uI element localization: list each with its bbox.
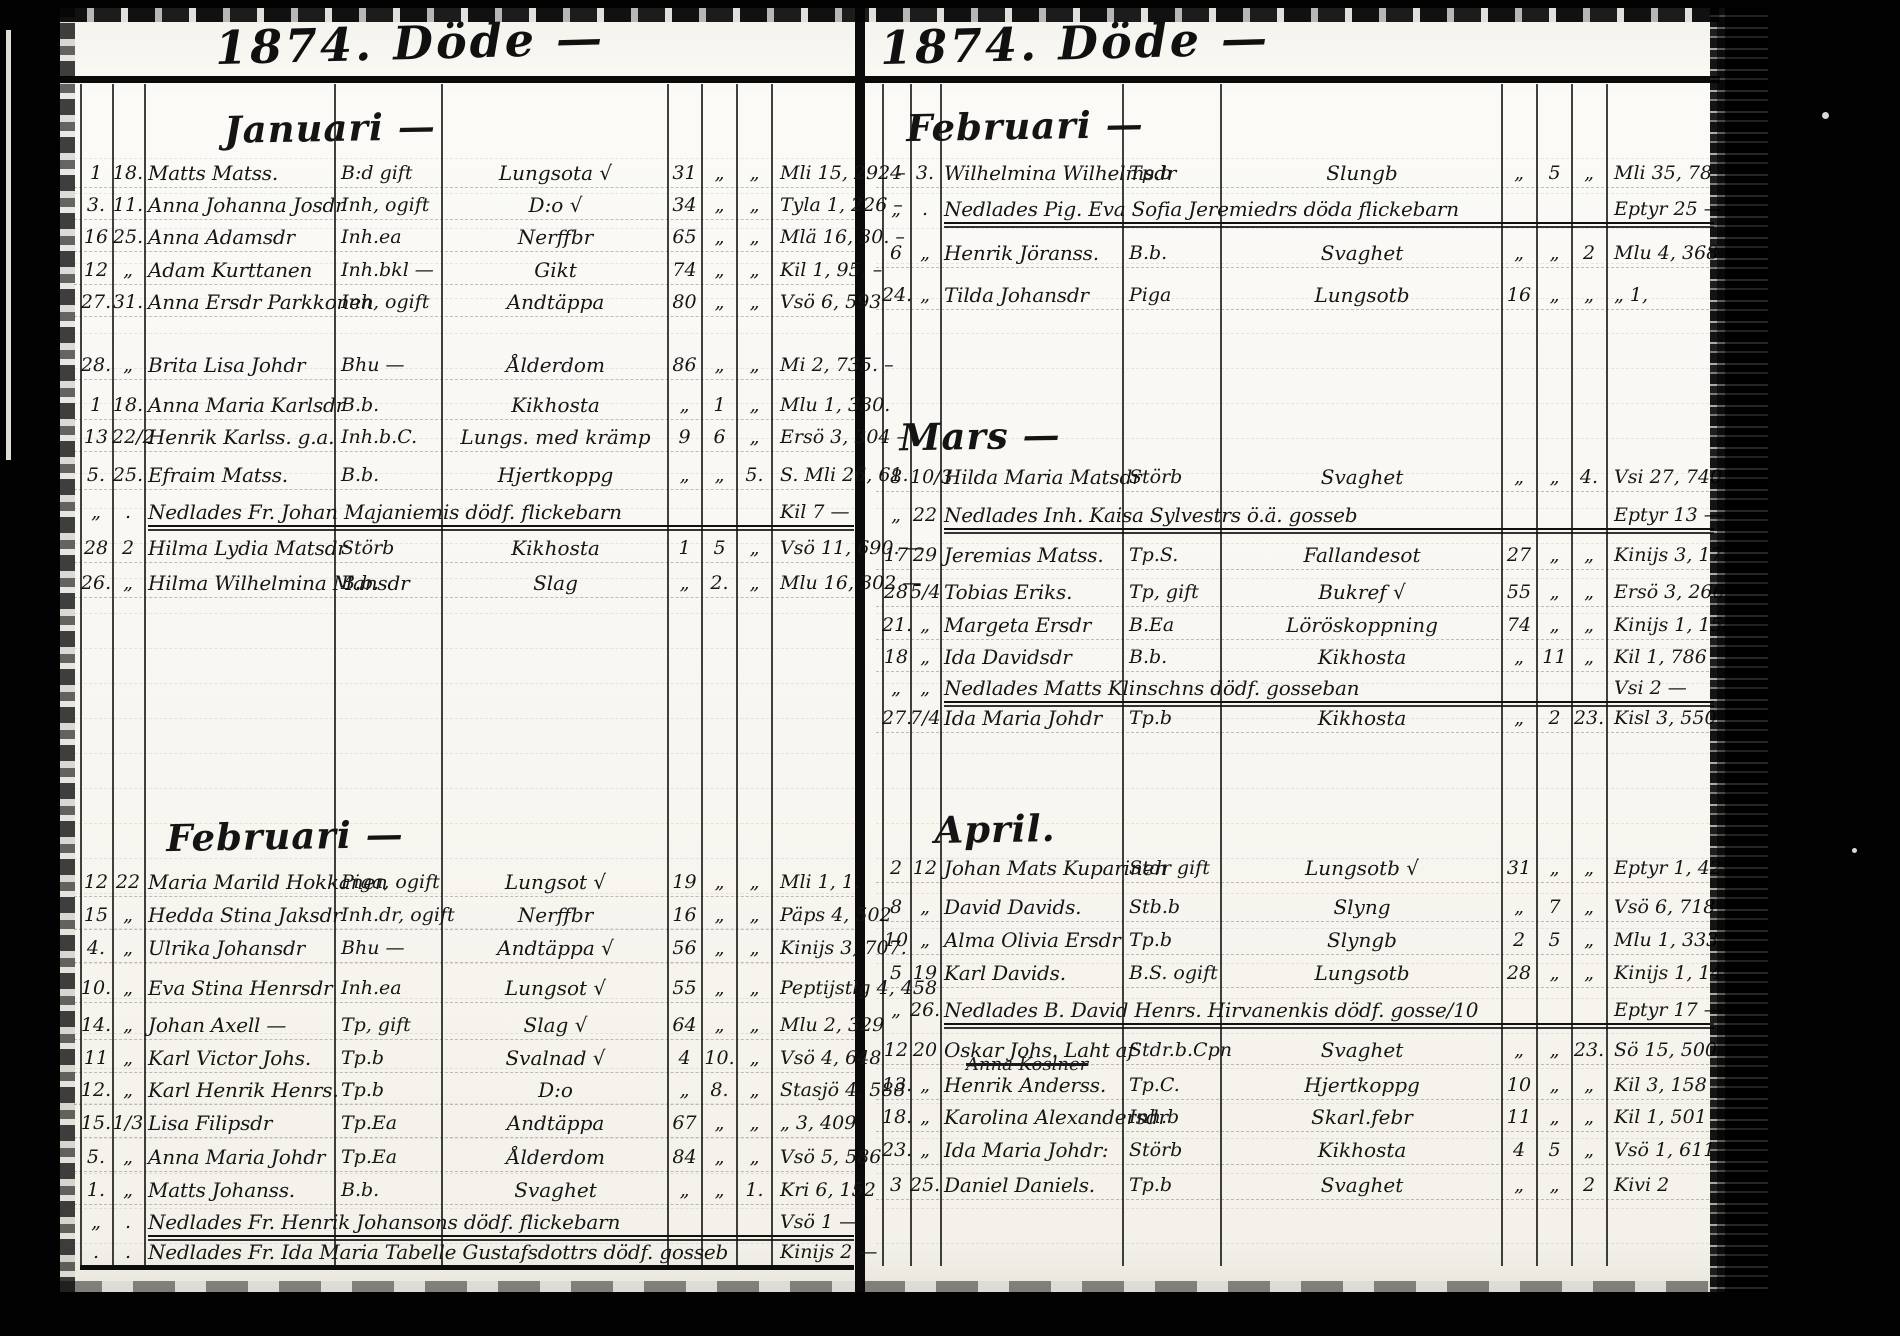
cell-burial-day: „ bbox=[910, 1068, 940, 1102]
cell-death-day: 13. bbox=[882, 1068, 910, 1102]
ruling-line bbox=[876, 333, 1714, 334]
cell-status: Tp.b bbox=[1125, 701, 1224, 735]
cell-name: Tobias Eriks. bbox=[944, 575, 1122, 609]
cell-cause: Slungb bbox=[1224, 156, 1500, 190]
cell-status: B.b. bbox=[1125, 236, 1224, 270]
cell-burial-day: „ bbox=[910, 278, 940, 312]
cell-reference: Vsö 6, 718 bbox=[1610, 890, 1718, 924]
cell-status: Störb bbox=[1125, 460, 1224, 494]
cell-burial-day: 25. bbox=[910, 1168, 940, 1202]
row-baseline bbox=[876, 882, 1714, 883]
cell-status: Piga bbox=[1125, 278, 1224, 312]
cell-reference: Kil 1, 501 bbox=[1610, 1100, 1718, 1134]
cell-burial-day: „ bbox=[910, 236, 940, 270]
cell-age-days: „ bbox=[1572, 156, 1606, 190]
cell-age-years: „ bbox=[1502, 156, 1536, 190]
cell-age-years: 74 bbox=[1502, 608, 1536, 642]
cell-age-days: 23. bbox=[1572, 1033, 1606, 1067]
record-row: 23.„Ida Maria Johdr:StörbKikhosta45„Vsö … bbox=[876, 1133, 1714, 1167]
month-header: Februari — bbox=[906, 102, 1144, 150]
cell-reference: Mlu 1, 333 bbox=[1610, 923, 1718, 957]
cell-age-years: „ bbox=[1502, 460, 1536, 494]
cell-burial-note: Nedlades Pig. Eva Sofia Jeremiedrs döda … bbox=[944, 192, 1606, 226]
row-baseline bbox=[876, 309, 1714, 310]
cell-name: Ida Maria Johdr bbox=[944, 701, 1122, 735]
screenshot-root: { "scan": { "titles": [ { "text": "1874.… bbox=[0, 0, 1900, 1336]
cell-reference: „ 1, bbox=[1610, 278, 1718, 312]
cell-burial-day: 20 bbox=[910, 1033, 940, 1067]
cell-age-months: „ bbox=[1538, 1068, 1571, 1102]
cell-reference: Kil 1, 786 bbox=[1610, 640, 1718, 674]
cell-age-days: „ bbox=[1572, 956, 1606, 990]
ledger-scan: 1874. Döde — 1874. Döde — Januari —118.M… bbox=[60, 8, 1768, 1292]
cell-death-day: „ bbox=[882, 192, 910, 226]
row-baseline bbox=[876, 606, 1714, 607]
record-row: 1220Oskar Johs. Laht afStdr.b.CpnSvaghet… bbox=[876, 1033, 1714, 1067]
cell-reference: Kivi 2 bbox=[1610, 1168, 1718, 1202]
cell-name: Jeremias Matss. bbox=[944, 538, 1122, 572]
cell-status: Tp.b bbox=[1125, 156, 1224, 190]
ruling-line bbox=[876, 368, 1714, 369]
cell-cause: Svaghet bbox=[1224, 460, 1500, 494]
cell-age-days: „ bbox=[1572, 923, 1606, 957]
cell-name: Henrik Anderss. bbox=[944, 1068, 1122, 1102]
cell-age-months: „ bbox=[1538, 1168, 1571, 1202]
row-baseline bbox=[876, 569, 1714, 570]
cell-reference: Eptyr 17 — bbox=[1610, 993, 1718, 1027]
month-header: Mars — bbox=[899, 413, 1061, 460]
cell-reference: Vsi 2 — bbox=[1610, 671, 1718, 705]
burial-note-row: „.Nedlades Pig. Eva Sofia Jeremiedrs död… bbox=[876, 192, 1714, 226]
cell-age-months: 2 bbox=[1538, 701, 1571, 735]
cell-death-day: 24. bbox=[882, 278, 910, 312]
record-row: 18.„Karolina AlexandersdrInh.bSkarl.febr… bbox=[876, 1100, 1714, 1134]
cell-cause: Hjertkoppg bbox=[1224, 1068, 1500, 1102]
cell-cause: Kikhosta bbox=[1224, 701, 1500, 735]
cell-reference: Eptyr 1, 429. bbox=[1610, 851, 1718, 885]
note-rule bbox=[944, 1023, 1714, 1025]
row-baseline bbox=[876, 491, 1714, 492]
record-row: 18„Ida DavidsdrB.b.Kikhosta„11„Kil 1, 78… bbox=[876, 640, 1714, 674]
ruling-line bbox=[876, 228, 1714, 229]
cell-age-days: „ bbox=[1572, 1133, 1606, 1167]
row-baseline bbox=[876, 921, 1714, 922]
cell-cause: Slyng bbox=[1224, 890, 1500, 924]
cell-name: Daniel Daniels. bbox=[944, 1168, 1122, 1202]
cell-burial-day: „ bbox=[910, 671, 940, 705]
note-rule bbox=[944, 222, 1714, 224]
cell-age-years: „ bbox=[1502, 890, 1536, 924]
cell-burial-day: 29 bbox=[910, 538, 940, 572]
cell-death-day: „ bbox=[882, 671, 910, 705]
cell-cause: Skarl.febr bbox=[1224, 1100, 1500, 1134]
scan-bottom-edge bbox=[60, 1281, 1720, 1292]
cell-burial-day: 5/4 bbox=[910, 575, 940, 609]
cell-death-day: 8 bbox=[882, 460, 910, 494]
cell-death-day: 4 bbox=[882, 156, 910, 190]
cell-reference: Sö 15, 500 bbox=[1610, 1033, 1718, 1067]
record-row: 6„Henrik Jöranss.B.b.Svaghet„„2Mlu 4, 36… bbox=[876, 236, 1714, 270]
dust-speck bbox=[1852, 848, 1857, 853]
cell-burial-day: 3. bbox=[910, 156, 940, 190]
cell-name: Hilda Maria Matsdr bbox=[944, 460, 1122, 494]
cell-age-years: 11 bbox=[1502, 1100, 1536, 1134]
cell-status: Störb bbox=[1125, 1133, 1224, 1167]
cell-age-months: „ bbox=[1538, 851, 1571, 885]
cell-burial-day: „ bbox=[910, 890, 940, 924]
cell-burial-day: „ bbox=[910, 608, 940, 642]
burial-note-row: „22Nedlades Inh. Kaisa Sylvestrs ö.ä. go… bbox=[876, 498, 1714, 532]
cell-death-day: 10 bbox=[882, 923, 910, 957]
cell-burial-note: Nedlades Matts Klinschns dödf. gosseban bbox=[944, 671, 1606, 705]
record-row: 810/3Hilda Maria MatsdrStörbSvaghet„„4.V… bbox=[876, 460, 1714, 494]
cell-burial-day: „ bbox=[910, 640, 940, 674]
row-baseline bbox=[876, 1131, 1714, 1132]
page-right: Februari —43.Wilhelmina WilhelmsdrTp.bSl… bbox=[60, 8, 1768, 1292]
cell-age-days: „ bbox=[1572, 575, 1606, 609]
cell-age-months: „ bbox=[1538, 278, 1571, 312]
cell-age-days: „ bbox=[1572, 278, 1606, 312]
row-baseline bbox=[876, 187, 1714, 188]
record-row: 8„David Davids.Stb.bSlyng„7„Vsö 6, 718 bbox=[876, 890, 1714, 924]
ruling-line bbox=[876, 753, 1714, 754]
cell-death-day: 21. bbox=[882, 608, 910, 642]
record-row: 24.„Tilda JohansdrPigaLungsotb16„„„ 1, bbox=[876, 278, 1714, 312]
cell-death-day: 23. bbox=[882, 1133, 910, 1167]
cell-age-months: „ bbox=[1538, 1100, 1571, 1134]
cell-death-day: 8 bbox=[882, 890, 910, 924]
cell-reference: Kinijs 3, 179. bbox=[1610, 538, 1718, 572]
record-row: 43.Wilhelmina WilhelmsdrTp.bSlungb„5„Mli… bbox=[876, 156, 1714, 190]
cell-cause: Slyngb bbox=[1224, 923, 1500, 957]
cell-age-years: 4 bbox=[1502, 1133, 1536, 1167]
cell-death-day: 3 bbox=[882, 1168, 910, 1202]
cell-status: Stdr gift bbox=[1125, 851, 1224, 885]
cell-status: Tp, gift bbox=[1125, 575, 1224, 609]
cell-burial-day: 7/4 bbox=[910, 701, 940, 735]
cell-name: Alma Olivia Ersdr bbox=[944, 923, 1122, 957]
cell-age-years: 16 bbox=[1502, 278, 1536, 312]
row-baseline bbox=[876, 987, 1714, 988]
record-row: 10„Alma Olivia ErsdrTp.bSlyngb25„Mlu 1, … bbox=[876, 923, 1714, 957]
cell-cause: Lungsotb bbox=[1224, 278, 1500, 312]
cell-reference: Vsi 27, 740 bbox=[1610, 460, 1718, 494]
record-row: 212Johan Mats KuparinenStdr giftLungsotb… bbox=[876, 851, 1714, 885]
cell-status: B.Ea bbox=[1125, 608, 1224, 642]
cell-reference: Vsö 1, 611. bbox=[1610, 1133, 1718, 1167]
scan-top-edge bbox=[60, 8, 1720, 22]
cell-age-days: „ bbox=[1572, 1100, 1606, 1134]
cell-status: Tp.b bbox=[1125, 923, 1224, 957]
cell-age-years: „ bbox=[1502, 1033, 1536, 1067]
cell-age-years: „ bbox=[1502, 236, 1536, 270]
cell-name: Ida Maria Johdr: bbox=[944, 1133, 1122, 1167]
cell-burial-day: „ bbox=[910, 1100, 940, 1134]
cell-reference: Eptyr 25 — bbox=[1610, 192, 1718, 226]
cell-name: Karolina Alexandersdr bbox=[944, 1100, 1122, 1134]
cell-burial-day: 26. bbox=[910, 993, 940, 1027]
cell-status: Inh.b bbox=[1125, 1100, 1224, 1134]
cell-name: Karl Davids. bbox=[944, 956, 1122, 990]
cell-cause: Svaghet bbox=[1224, 1168, 1500, 1202]
dust-speck bbox=[1822, 112, 1829, 119]
cell-death-day: „ bbox=[882, 993, 910, 1027]
cell-reference: Mli 35, 78 bbox=[1610, 156, 1718, 190]
cell-age-years: 10 bbox=[1502, 1068, 1536, 1102]
cell-name: Ida Davidsdr bbox=[944, 640, 1122, 674]
cell-age-years: 55 bbox=[1502, 575, 1536, 609]
cell-burial-day: 19 bbox=[910, 956, 940, 990]
cell-age-months: „ bbox=[1538, 538, 1571, 572]
cell-age-days: „ bbox=[1572, 851, 1606, 885]
cell-age-months: 11 bbox=[1538, 640, 1571, 674]
cell-death-day: „ bbox=[882, 498, 910, 532]
cell-age-days: 23. bbox=[1572, 701, 1606, 735]
cell-age-days: 2 bbox=[1572, 1168, 1606, 1202]
cell-death-day: 18 bbox=[882, 640, 910, 674]
cell-name: Johan Mats Kuparinen bbox=[944, 851, 1122, 885]
cell-burial-day: 10/3 bbox=[910, 460, 940, 494]
cell-cause: Bukref √ bbox=[1224, 575, 1500, 609]
cell-cause: Fallandesot bbox=[1224, 538, 1500, 572]
record-row: 285/4Tobias Eriks.Tp, giftBukref √55„„Er… bbox=[876, 575, 1714, 609]
cell-death-day: 2 bbox=[882, 851, 910, 885]
cell-age-years: „ bbox=[1502, 1168, 1536, 1202]
row-baseline bbox=[876, 954, 1714, 955]
cell-age-years: 28 bbox=[1502, 956, 1536, 990]
cell-cause: Kikhosta bbox=[1224, 640, 1500, 674]
cell-age-days: „ bbox=[1572, 890, 1606, 924]
cell-cause: Löröskoppning bbox=[1224, 608, 1500, 642]
burial-note-row: „„Nedlades Matts Klinschns dödf. gosseba… bbox=[876, 671, 1714, 705]
cell-reference: Kinijs 1, 158 bbox=[1610, 608, 1718, 642]
cell-age-months: 5 bbox=[1538, 156, 1571, 190]
cell-status: B.S. ogift bbox=[1125, 956, 1224, 990]
row-baseline bbox=[876, 732, 1714, 733]
cell-name: David Davids. bbox=[944, 890, 1122, 924]
cell-status: Tp.C. bbox=[1125, 1068, 1224, 1102]
record-row: 21.„Margeta ErsdrB.EaLöröskoppning74„„Ki… bbox=[876, 608, 1714, 642]
cell-age-months: „ bbox=[1538, 956, 1571, 990]
ruling-line bbox=[876, 1243, 1714, 1244]
cell-age-years: 27 bbox=[1502, 538, 1536, 572]
cell-age-days: „ bbox=[1572, 608, 1606, 642]
cell-status: B.b. bbox=[1125, 640, 1224, 674]
cell-death-day: 27. bbox=[882, 701, 910, 735]
record-row: 325.Daniel Daniels.Tp.bSvaghet„„2Kivi 2 bbox=[876, 1168, 1714, 1202]
cell-burial-note: Nedlades Inh. Kaisa Sylvestrs ö.ä. gosse… bbox=[944, 498, 1606, 532]
cell-reference: Ersö 3, 266 bbox=[1610, 575, 1718, 609]
cell-name: Margeta Ersdr bbox=[944, 608, 1122, 642]
cell-death-day: 6 bbox=[882, 236, 910, 270]
cell-cause: Kikhosta bbox=[1224, 1133, 1500, 1167]
ruling-line bbox=[876, 403, 1714, 404]
cell-age-days: „ bbox=[1572, 1068, 1606, 1102]
note-rule bbox=[944, 528, 1714, 530]
cell-age-years: 31 bbox=[1502, 851, 1536, 885]
cell-burial-day: . bbox=[910, 192, 940, 226]
cell-name: Wilhelmina Wilhelmsdr bbox=[944, 156, 1122, 190]
cell-status: Tp.b bbox=[1125, 1168, 1224, 1202]
scan-left-edge bbox=[60, 8, 75, 1292]
ruling-line bbox=[876, 1208, 1714, 1209]
cell-death-day: 17 bbox=[882, 538, 910, 572]
cell-cause: Lungsotb bbox=[1224, 956, 1500, 990]
cell-age-months: „ bbox=[1538, 608, 1571, 642]
cell-age-months: „ bbox=[1538, 460, 1571, 494]
cell-age-years: „ bbox=[1502, 640, 1536, 674]
cell-age-days: „ bbox=[1572, 640, 1606, 674]
row-baseline bbox=[876, 1164, 1714, 1165]
cell-burial-note: Nedlades B. David Henrs. Hirvanenkis död… bbox=[944, 993, 1606, 1027]
cell-cause: Svaghet bbox=[1224, 1033, 1500, 1067]
cell-burial-day: „ bbox=[910, 1133, 940, 1167]
cell-reference: Kil 3, 158 bbox=[1610, 1068, 1718, 1102]
cell-reference: Eptyr 13 — bbox=[1610, 498, 1718, 532]
cell-status: Tp.S. bbox=[1125, 538, 1224, 572]
cell-death-day: 18. bbox=[882, 1100, 910, 1134]
cell-burial-day: „ bbox=[910, 923, 940, 957]
cell-cause: Svaghet bbox=[1224, 236, 1500, 270]
month-header: April. bbox=[934, 806, 1056, 852]
cell-age-years: „ bbox=[1502, 701, 1536, 735]
row-baseline bbox=[876, 1199, 1714, 1200]
cell-age-years: 2 bbox=[1502, 923, 1536, 957]
cell-reference: Kinijs 1, 144 bbox=[1610, 956, 1718, 990]
cell-age-months: „ bbox=[1538, 575, 1571, 609]
cell-name: Tilda Johansdr bbox=[944, 278, 1122, 312]
cell-cause: Lungsotb √ bbox=[1224, 851, 1500, 885]
record-row: 27.7/4Ida Maria JohdrTp.bKikhosta„223.Ki… bbox=[876, 701, 1714, 735]
scan-right-edge bbox=[1710, 8, 1768, 1292]
cell-age-months: „ bbox=[1538, 236, 1571, 270]
cell-age-months: 5 bbox=[1538, 923, 1571, 957]
cell-age-days: 4. bbox=[1572, 460, 1606, 494]
cell-death-day: 12 bbox=[882, 1033, 910, 1067]
row-baseline bbox=[876, 267, 1714, 268]
cell-death-day: 5 bbox=[882, 956, 910, 990]
cell-age-months: 7 bbox=[1538, 890, 1571, 924]
cell-burial-day: 12 bbox=[910, 851, 940, 885]
ruling-line bbox=[876, 788, 1714, 789]
record-row: 519Karl Davids.B.S. ogiftLungsotb28„„Kin… bbox=[876, 956, 1714, 990]
cell-reference: Kisl 3, 550 bbox=[1610, 701, 1718, 735]
cell-name: Henrik Jöranss. bbox=[944, 236, 1122, 270]
burial-note-row: „26.Nedlades B. David Henrs. Hirvanenkis… bbox=[876, 993, 1714, 1027]
cell-death-day: 28 bbox=[882, 575, 910, 609]
cell-age-days: 2 bbox=[1572, 236, 1606, 270]
cell-burial-day: 22 bbox=[910, 498, 940, 532]
cell-status: Stdr.b.Cpn bbox=[1125, 1033, 1224, 1067]
cell-age-months: 5 bbox=[1538, 1133, 1571, 1167]
record-row: 13.„Henrik Anderss.Tp.C.Hjertkoppg10„„Ki… bbox=[876, 1068, 1714, 1102]
cell-status: Stb.b bbox=[1125, 890, 1224, 924]
cell-age-days: „ bbox=[1572, 538, 1606, 572]
record-row: 1729Jeremias Matss.Tp.S.Fallandesot27„„K… bbox=[876, 538, 1714, 572]
scanner-edge-sliver bbox=[6, 30, 11, 460]
cell-reference: Mlu 4, 368 bbox=[1610, 236, 1718, 270]
cell-age-months: „ bbox=[1538, 1033, 1571, 1067]
